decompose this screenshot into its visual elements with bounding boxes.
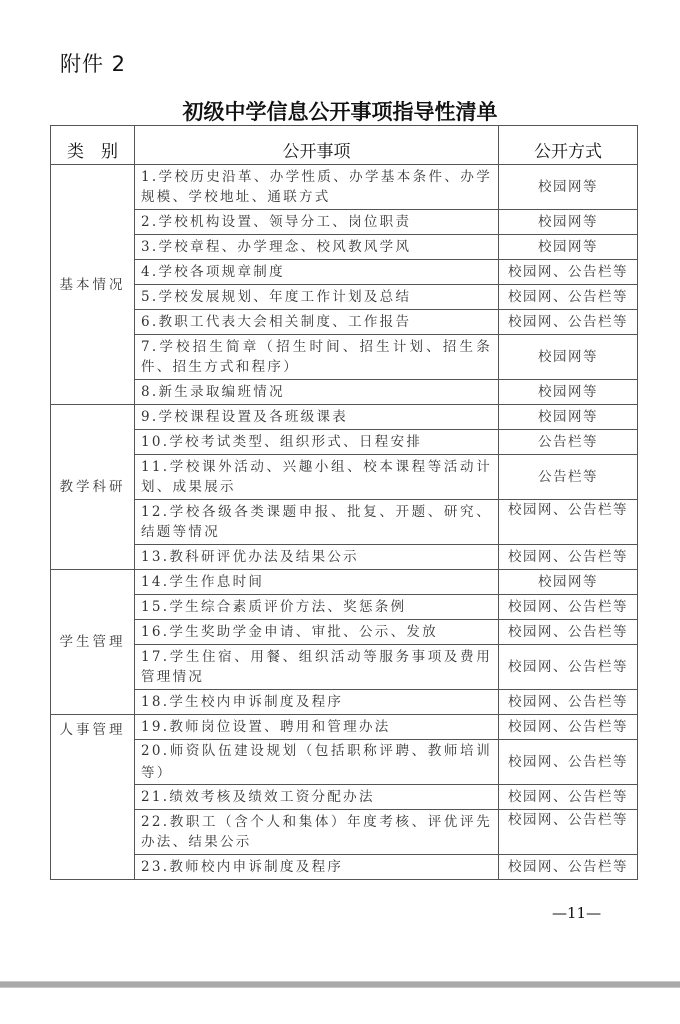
method-cell: 校园网等: [499, 380, 638, 405]
item-cell: 16.学生奖助学金申请、审批、公示、发放: [135, 620, 499, 645]
item-cell: 2.学校机构设置、领导分工、岗位职责: [135, 210, 499, 235]
method-cell: 校园网等: [499, 165, 638, 210]
item-cell: 1.学校历史沿革、办学性质、办学基本条件、办学规模、学校地址、通联方式: [135, 165, 499, 210]
method-cell: 校园网等: [499, 405, 638, 430]
method-cell: 公告栏等: [499, 430, 638, 455]
method-cell: 校园网、公告栏等: [499, 545, 638, 570]
table-row: 13.教科研评优办法及结果公示 校园网、公告栏等: [51, 545, 638, 570]
item-cell: 20.师资队伍建设规划（包括职称评聘、教师培训等）: [135, 740, 499, 785]
item-cell: 9.学校课程设置及各班级课表: [135, 405, 499, 430]
item-cell: 18.学生校内申诉制度及程序: [135, 690, 499, 715]
item-cell: 5.学校发展规划、年度工作计划及总结: [135, 285, 499, 310]
table-row: 12.学校各级各类课题申报、批复、开题、研究、结题等情况 校园网、公告栏等: [51, 500, 638, 545]
table-row: 18.学生校内申诉制度及程序 校园网、公告栏等: [51, 690, 638, 715]
header-method: 公开方式: [499, 126, 638, 165]
table-header-row: 类 别 公开事项 公开方式: [51, 126, 638, 165]
category-cell: 学生管理: [51, 570, 135, 715]
table-row: 2.学校机构设置、领导分工、岗位职责 校园网等: [51, 210, 638, 235]
item-cell: 19.教师岗位设置、聘用和管理办法: [135, 715, 499, 740]
table-row: 4.学校各项规章制度 校园网、公告栏等: [51, 260, 638, 285]
document-title: 初级中学信息公开事项指导性清单: [0, 96, 680, 126]
table-row: 8.新生录取编班情况 校园网等: [51, 380, 638, 405]
category-cell: 基本情况: [51, 165, 135, 405]
table-row: 人事管理 19.教师岗位设置、聘用和管理办法 校园网、公告栏等: [51, 715, 638, 740]
item-cell: 11.学校课外活动、兴趣小组、校本课程等活动计划、成果展示: [135, 455, 499, 500]
table-row: 11.学校课外活动、兴趣小组、校本课程等活动计划、成果展示 公告栏等: [51, 455, 638, 500]
method-cell: 校园网、公告栏等: [499, 595, 638, 620]
method-cell: 校园网、公告栏等: [499, 715, 638, 740]
method-cell: 校园网等: [499, 570, 638, 595]
table-row: 17.学生住宿、用餐、组织活动等服务事项及费用管理情况 校园网、公告栏等: [51, 645, 638, 690]
item-cell: 22.教职工（含个人和集体）年度考核、评优评先办法、结果公示: [135, 810, 499, 855]
item-cell: 23.教师校内申诉制度及程序: [135, 855, 499, 880]
table-row: 10.学校考试类型、组织形式、日程安排 公告栏等: [51, 430, 638, 455]
table-row: 21.绩效考核及绩效工资分配办法 校园网、公告栏等: [51, 785, 638, 810]
item-cell: 10.学校考试类型、组织形式、日程安排: [135, 430, 499, 455]
method-cell: 校园网等: [499, 235, 638, 260]
method-cell: 校园网、公告栏等: [499, 310, 638, 335]
item-cell: 7.学校招生简章（招生时间、招生计划、招生条件、招生方式和程序）: [135, 335, 499, 380]
table-row: 7.学校招生简章（招生时间、招生计划、招生条件、招生方式和程序） 校园网等: [51, 335, 638, 380]
category-cell: 人事管理: [51, 715, 135, 880]
category-cell: 教学科研: [51, 405, 135, 570]
item-cell: 4.学校各项规章制度: [135, 260, 499, 285]
page-number: —11—: [552, 904, 601, 922]
item-cell: 12.学校各级各类课题申报、批复、开题、研究、结题等情况: [135, 500, 499, 545]
table-row: 22.教职工（含个人和集体）年度考核、评优评先办法、结果公示 校园网、公告栏等: [51, 810, 638, 855]
method-cell: 校园网、公告栏等: [499, 855, 638, 880]
method-cell: 校园网、公告栏等: [499, 810, 638, 855]
item-cell: 17.学生住宿、用餐、组织活动等服务事项及费用管理情况: [135, 645, 499, 690]
page-separator-bar: [0, 981, 680, 988]
item-cell: 14.学生作息时间: [135, 570, 499, 595]
item-cell: 13.教科研评优办法及结果公示: [135, 545, 499, 570]
table-row: 5.学校发展规划、年度工作计划及总结 校园网、公告栏等: [51, 285, 638, 310]
method-cell: 校园网、公告栏等: [499, 690, 638, 715]
item-cell: 8.新生录取编班情况: [135, 380, 499, 405]
table-row: 6.教职工代表大会相关制度、工作报告 校园网、公告栏等: [51, 310, 638, 335]
table-row: 15.学生综合素质评价方法、奖惩条例 校园网、公告栏等: [51, 595, 638, 620]
table-row: 学生管理 14.学生作息时间 校园网等: [51, 570, 638, 595]
table-row: 16.学生奖助学金申请、审批、公示、发放 校园网、公告栏等: [51, 620, 638, 645]
item-cell: 15.学生综合素质评价方法、奖惩条例: [135, 595, 499, 620]
table-row: 基本情况 1.学校历史沿革、办学性质、办学基本条件、办学规模、学校地址、通联方式…: [51, 165, 638, 210]
attachment-label: 附件 2: [60, 48, 126, 78]
method-cell: 校园网、公告栏等: [499, 285, 638, 310]
method-cell: 校园网、公告栏等: [499, 740, 638, 785]
method-cell: 校园网、公告栏等: [499, 785, 638, 810]
header-category: 类 别: [51, 126, 135, 165]
item-cell: 3.学校章程、办学理念、校风教风学风: [135, 235, 499, 260]
disclosure-table: 类 别 公开事项 公开方式 基本情况 1.学校历史沿革、办学性质、办学基本条件、…: [50, 125, 638, 880]
header-item: 公开事项: [135, 126, 499, 165]
method-cell: 校园网、公告栏等: [499, 260, 638, 285]
table-row: 23.教师校内申诉制度及程序 校园网、公告栏等: [51, 855, 638, 880]
table-row: 20.师资队伍建设规划（包括职称评聘、教师培训等） 校园网、公告栏等: [51, 740, 638, 785]
item-cell: 6.教职工代表大会相关制度、工作报告: [135, 310, 499, 335]
method-cell: 校园网等: [499, 335, 638, 380]
method-cell: 校园网、公告栏等: [499, 645, 638, 690]
method-cell: 公告栏等: [499, 455, 638, 500]
item-cell: 21.绩效考核及绩效工资分配办法: [135, 785, 499, 810]
method-cell: 校园网、公告栏等: [499, 500, 638, 545]
method-cell: 校园网等: [499, 210, 638, 235]
table-row: 3.学校章程、办学理念、校风教风学风 校园网等: [51, 235, 638, 260]
table-row: 教学科研 9.学校课程设置及各班级课表 校园网等: [51, 405, 638, 430]
method-cell: 校园网、公告栏等: [499, 620, 638, 645]
